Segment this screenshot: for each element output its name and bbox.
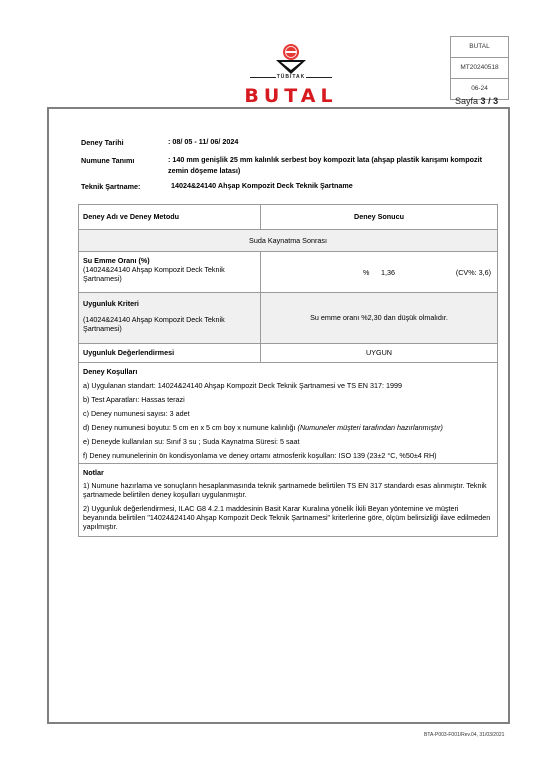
document-id-box: BUTAL MT20240518 06-24 — [450, 36, 509, 100]
result-cv: (CV%: 3,6) — [456, 268, 491, 277]
tubitak-emblem-icon — [236, 40, 346, 76]
notes-section: Notlar 1) Numune hazırlama ve sonuçların… — [79, 463, 497, 536]
eval-value: UYGUN — [261, 344, 497, 362]
section-row: Suda Kaynatma Sonrası — [79, 229, 497, 251]
condition-item: e) Deneyde kullanılan su: Sınıf 3 su ; S… — [83, 437, 493, 446]
condition-note: (Numuneler müşteri tarafından hazırlanmı… — [298, 423, 443, 432]
note-item: 1) Numune hazırlama ve sonuçların hesapl… — [83, 481, 493, 499]
header-method: Deney Adı ve Deney Metodu — [79, 205, 261, 229]
table-header-row: Deney Adı ve Deney Metodu Deney Sonucu — [79, 205, 497, 229]
condition-item: c) Deney numunesi sayısı: 3 adet — [83, 409, 493, 418]
doc-box-lab: BUTAL — [451, 37, 508, 57]
table-row: Uygunluk Değerlendirmesi UYGUN — [79, 343, 497, 362]
criteria-method: (14024&24140 Ahşap Kompozit Deck Teknik … — [83, 315, 256, 333]
result-value: 1,36 — [381, 268, 395, 277]
condition-item: d) Deney numunesi boyutu: 5 cm en x 5 cm… — [83, 423, 493, 432]
test-name: Su Emme Oranı (%) — [83, 256, 256, 265]
condition-item: f) Deney numunelerinin ön kondisyonlama … — [83, 451, 493, 460]
results-table: Deney Adı ve Deney Metodu Deney Sonucu S… — [78, 204, 498, 537]
condition-item: a) Uygulanan standart: 14024&24140 Ahşap… — [83, 381, 493, 390]
test-method: (14024&24140 Ahşap Kompozit Deck Teknik … — [83, 265, 256, 283]
page-number: Sayfa 3 / 3 — [455, 96, 498, 106]
criteria-label: Uygunluk Kriteri — [83, 299, 256, 308]
notes-title: Notlar — [83, 468, 493, 477]
spec-label: Teknik Şartname: — [81, 182, 140, 191]
conditions-section: Deney Koşulları a) Uygulanan standart: 1… — [79, 362, 497, 463]
eval-label: Uygunluk Değerlendirmesi — [79, 344, 261, 362]
sample-value: : 140 mm genişlik 25 mm kalınlık serbest… — [168, 154, 488, 176]
date-value: : 08/ 05 - 11/ 06/ 2024 — [168, 136, 488, 147]
criteria-value: Su emme oranı %2,30 dan düşük olmalıdır. — [261, 293, 497, 343]
result-prefix: % — [363, 268, 369, 277]
butal-logo: TÜBİTAK BUTAL — [236, 40, 346, 110]
table-row: Su Emme Oranı (%) (14024&24140 Ahşap Kom… — [79, 251, 497, 292]
conditions-title: Deney Koşulları — [83, 367, 493, 376]
doc-box-report-no: MT20240518 — [451, 57, 508, 78]
header-result: Deney Sonucu — [261, 205, 497, 229]
condition-item: b) Test Aparatları: Hassas terazi — [83, 395, 493, 404]
section-title: Suda Kaynatma Sonrası — [79, 230, 497, 251]
table-row: Uygunluk Kriteri (14024&24140 Ahşap Komp… — [79, 292, 497, 343]
logo-line-right — [306, 77, 332, 78]
sample-label: Numune Tanımı — [81, 156, 134, 165]
form-code-footer: BTA-P003-F001/Rev.04, 31/03/2021 — [424, 732, 504, 738]
note-item: 2) Uygunluk değerlendirmesi, ILAC G8 4.2… — [83, 504, 493, 531]
spec-value: 14024&24140 Ahşap Kompozit Deck Teknik Ş… — [171, 180, 491, 191]
logo-name: BUTAL — [236, 85, 346, 107]
date-label: Deney Tarihi — [81, 138, 124, 147]
